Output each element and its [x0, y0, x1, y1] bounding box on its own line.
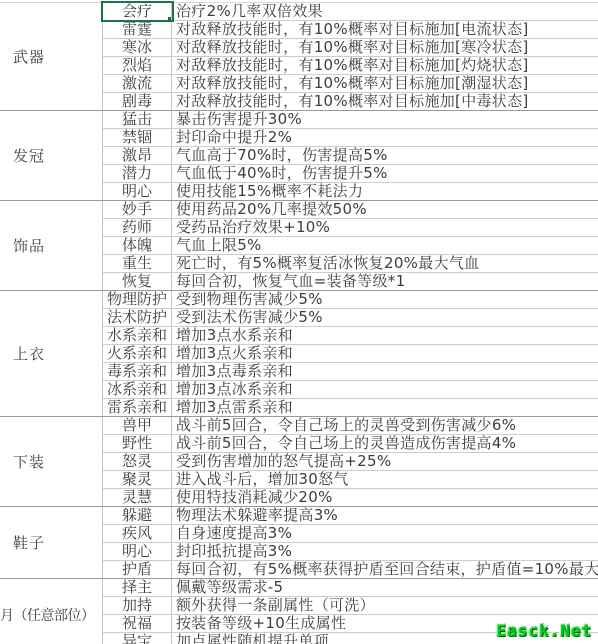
skill-desc-cell[interactable]: 增加3点火系亲和	[172, 345, 598, 362]
skill-desc-cell[interactable]: 佩戴等级需求-5	[172, 579, 598, 596]
skill-desc-cell[interactable]: 受到伤害增加的怒气提高+25%	[172, 453, 598, 470]
table-row: 加持额外获得一条副属性（可洗）	[103, 597, 598, 615]
skill-desc-cell[interactable]: 使用药品20%几率提效50%	[172, 201, 598, 218]
table-row: 禁锢封印命中提升2%	[103, 129, 598, 147]
skill-desc-cell[interactable]: 对敌释放技能时，有10%概率对目标施加[寒冷状态]	[172, 39, 598, 56]
skill-desc-cell[interactable]: 额外获得一条副属性（可洗）	[172, 597, 598, 614]
selected-skill-name-cell[interactable]: 会疗	[103, 3, 172, 20]
group-rows: 兽甲战斗前5回合，令自己场上的灵兽受到伤害减少6%野性战斗前5回合，令自己场上的…	[103, 417, 598, 506]
table-row: 重生死亡时，有5%概率复活冰恢复20%最大气血	[103, 255, 598, 273]
skill-name-cell[interactable]: 激昂	[103, 147, 172, 164]
table-row: 明心封印抵抗提高3%	[103, 543, 598, 561]
table-row: 明心使用技能15%概率不耗法力	[103, 183, 598, 200]
table-row: 寒冰对敌释放技能时，有10%概率对目标施加[寒冷状态]	[103, 39, 598, 57]
skill-name-cell[interactable]: 怒灵	[103, 453, 172, 470]
skill-name-cell[interactable]: 聚灵	[103, 471, 172, 488]
skill-name-cell[interactable]: 择主	[103, 579, 172, 596]
skill-desc-cell[interactable]: 对敌释放技能时，有10%概率对目标施加[潮湿状态]	[172, 75, 598, 92]
skill-name-cell[interactable]: 火系亲和	[103, 345, 172, 362]
table-row: 灵慧使用特技消耗减少20%	[103, 489, 598, 506]
skill-desc-cell[interactable]: 增加3点雷系亲和	[172, 399, 598, 416]
table-row: 择主佩戴等级需求-5	[103, 579, 598, 597]
skill-desc-cell[interactable]: 每回合初，恢复气血=装备等级*1	[172, 273, 598, 290]
category-cell[interactable]: 上衣	[0, 291, 103, 416]
skill-desc-cell[interactable]: 战斗前5回合，令自己场上的灵兽受到伤害减少6%	[172, 417, 598, 434]
table-row: 潜力气血低于40%时，伤害提升5%	[103, 165, 598, 183]
skill-name-cell[interactable]: 水系亲和	[103, 327, 172, 344]
skill-desc-cell[interactable]: 受到法术伤害减少5%	[172, 309, 598, 326]
table-row: 烈焰对敌释放技能时，有10%概率对目标施加[灼烧状态]	[103, 57, 598, 75]
skill-desc-cell[interactable]: 死亡时，有5%概率复活冰恢复20%最大气血	[172, 255, 598, 272]
category-cell[interactable]: 发冠	[0, 111, 103, 200]
table-group: 下装兽甲战斗前5回合，令自己场上的灵兽受到伤害减少6%野性战斗前5回合，令自己场…	[0, 417, 598, 507]
table-row: 兽甲战斗前5回合，令自己场上的灵兽受到伤害减少6%	[103, 417, 598, 435]
category-cell[interactable]: 下装	[0, 417, 103, 506]
skill-desc-cell[interactable]: 使用技能15%概率不耗法力	[172, 183, 598, 200]
category-cell[interactable]: 饰品	[0, 201, 103, 290]
group-rows: 躲避物理法术躲避率提高3%疾风自身速度提高3%明心封印抵抗提高3%护盾每回合初，…	[103, 507, 598, 578]
selection-fill-handle[interactable]	[167, 16, 172, 20]
skill-desc-cell[interactable]: 受到物理伤害减少5%	[172, 291, 598, 308]
table-row: 雷霆对敌释放技能时，有10%概率对目标施加[电流状态]	[103, 21, 598, 39]
category-cell[interactable]: 武器	[0, 3, 103, 110]
table-row: 雷系亲和增加3点雷系亲和	[103, 399, 598, 416]
skill-desc-cell[interactable]: 气血上限5%	[172, 237, 598, 254]
skill-name-cell[interactable]: 激流	[103, 75, 172, 92]
skill-desc-cell[interactable]: 对敌释放技能时，有10%概率对目标施加[灼烧状态]	[172, 57, 598, 74]
table-group: 发冠猛击暴击伤害提升30%禁锢封印命中提升2%激昂气血高于70%时，伤害提高5%…	[0, 111, 598, 201]
skill-name-cell[interactable]: 加持	[103, 597, 172, 614]
group-rows: 妙手使用药品20%几率提效50%药师受药品治疗效果+10%体魄气血上限5%重生死…	[103, 201, 598, 290]
skill-desc-cell[interactable]: 进入战斗后，增加30怒气	[172, 471, 598, 488]
skill-desc-cell[interactable]: 封印命中提升2%	[172, 129, 598, 146]
skill-name-cell[interactable]: 灵慧	[103, 489, 172, 506]
skill-name-cell[interactable]: 雷系亲和	[103, 399, 172, 416]
category-cell[interactable]: 月（任意部位）	[0, 579, 103, 644]
table-row: 会疗治疗2%几率双倍效果	[103, 3, 598, 21]
table-group: 鞋子躲避物理法术躲避率提高3%疾风自身速度提高3%明心封印抵抗提高3%护盾每回合…	[0, 507, 598, 579]
skill-desc-cell[interactable]: 自身速度提高3%	[172, 525, 598, 542]
skill-name-cell[interactable]: 祝福	[103, 615, 172, 632]
skill-desc-cell[interactable]: 对敌释放技能时，有10%概率对目标施加[电流状态]	[172, 21, 598, 38]
table-row: 冰系亲和增加3点冰系亲和	[103, 381, 598, 399]
spreadsheet: 武器会疗治疗2%几率双倍效果雷霆对敌释放技能时，有10%概率对目标施加[电流状态…	[0, 0, 598, 644]
skill-desc-cell[interactable]: 封印抵抗提高3%	[172, 543, 598, 560]
table-group: 饰品妙手使用药品20%几率提效50%药师受药品治疗效果+10%体魄气血上限5%重…	[0, 201, 598, 291]
skill-name-cell[interactable]: 烈焰	[103, 57, 172, 74]
skill-name-cell[interactable]: 躲避	[103, 507, 172, 524]
table-group: 武器会疗治疗2%几率双倍效果雷霆对敌释放技能时，有10%概率对目标施加[电流状态…	[0, 2, 598, 111]
skill-name-cell[interactable]: 兽甲	[103, 417, 172, 434]
skill-name-cell[interactable]: 疾风	[103, 525, 172, 542]
table-row: 聚灵进入战斗后，增加30怒气	[103, 471, 598, 489]
table-row: 疾风自身速度提高3%	[103, 525, 598, 543]
skill-desc-cell[interactable]: 气血高于70%时，伤害提高5%	[172, 147, 598, 164]
skill-name-cell[interactable]: 法术防护	[103, 309, 172, 326]
table-row: 妙手使用药品20%几率提效50%	[103, 201, 598, 219]
skill-desc-cell[interactable]: 对敌释放技能时，有10%概率对目标施加[中毒状态]	[172, 93, 598, 110]
skill-desc-cell[interactable]: 受药品治疗效果+10%	[172, 219, 598, 236]
skill-name-cell[interactable]: 禁锢	[103, 129, 172, 146]
skill-desc-cell[interactable]: 使用特技消耗减少20%	[172, 489, 598, 506]
skill-desc-cell[interactable]: 治疗2%几率双倍效果	[172, 3, 598, 20]
skill-name-cell[interactable]: 物理防护	[103, 291, 172, 308]
skill-name-cell[interactable]: 药师	[103, 219, 172, 236]
skill-desc-cell[interactable]: 战斗前5回合，令自己场上的灵兽造成伤害提高4%	[172, 435, 598, 452]
table-row: 激流对敌释放技能时，有10%概率对目标施加[潮湿状态]	[103, 75, 598, 93]
skill-name-cell[interactable]: 重生	[103, 255, 172, 272]
table-row: 恢复每回合初，恢复气血=装备等级*1	[103, 273, 598, 290]
skill-name-cell[interactable]: 寒冰	[103, 39, 172, 56]
skill-name-cell[interactable]: 体魄	[103, 237, 172, 254]
skill-desc-cell[interactable]: 每回合初，有5%概率获得护盾至回合结束，护盾值=10%最大气血	[172, 561, 598, 578]
skill-desc-cell[interactable]: 增加3点冰系亲和	[172, 381, 598, 398]
skill-desc-cell[interactable]: 暴击伤害提升30%	[172, 111, 598, 128]
group-rows: 会疗治疗2%几率双倍效果雷霆对敌释放技能时，有10%概率对目标施加[电流状态]寒…	[103, 3, 598, 110]
skill-desc-cell[interactable]: 增加3点毒系亲和	[172, 363, 598, 380]
skill-name-cell[interactable]: 雷霆	[103, 21, 172, 38]
table-row: 猛击暴击伤害提升30%	[103, 111, 598, 129]
skill-name-cell[interactable]: 明心	[103, 183, 172, 200]
table-row: 体魄气血上限5%	[103, 237, 598, 255]
table-group: 上衣物理防护受到物理伤害减少5%法术防护受到法术伤害减少5%水系亲和增加3点水系…	[0, 291, 598, 417]
skill-name-cell[interactable]: 冰系亲和	[103, 381, 172, 398]
table-row: 水系亲和增加3点水系亲和	[103, 327, 598, 345]
table-row: 躲避物理法术躲避率提高3%	[103, 507, 598, 525]
table-row: 野性战斗前5回合，令自己场上的灵兽造成伤害提高4%	[103, 435, 598, 453]
table-row: 激昂气血高于70%时，伤害提高5%	[103, 147, 598, 165]
skill-desc-cell[interactable]: 物理法术躲避率提高3%	[172, 507, 598, 524]
skill-name-cell[interactable]: 猛击	[103, 111, 172, 128]
skill-name-cell[interactable]: 潜力	[103, 165, 172, 182]
table-row: 物理防护受到物理伤害减少5%	[103, 291, 598, 309]
table-row: 怒灵受到伤害增加的怒气提高+25%	[103, 453, 598, 471]
table-row: 火系亲和增加3点火系亲和	[103, 345, 598, 363]
skill-name-cell[interactable]: 明心	[103, 543, 172, 560]
group-rows: 猛击暴击伤害提升30%禁锢封印命中提升2%激昂气血高于70%时，伤害提高5%潜力…	[103, 111, 598, 200]
skill-name-cell[interactable]: 异宝	[103, 633, 172, 644]
skill-desc-cell[interactable]: 增加3点水系亲和	[172, 327, 598, 344]
table-row: 药师受药品治疗效果+10%	[103, 219, 598, 237]
category-cell[interactable]: 鞋子	[0, 507, 103, 578]
skill-name-cell[interactable]: 恢复	[103, 273, 172, 290]
skill-name-cell[interactable]: 剧毒	[103, 93, 172, 110]
table-row: 毒系亲和增加3点毒系亲和	[103, 363, 598, 381]
watermark: Easck.Net	[496, 621, 592, 640]
skill-name-cell[interactable]: 妙手	[103, 201, 172, 218]
table-row: 法术防护受到法术伤害减少5%	[103, 309, 598, 327]
skill-name-cell[interactable]: 护盾	[103, 561, 172, 578]
table-row: 护盾每回合初，有5%概率获得护盾至回合结束，护盾值=10%最大气血	[103, 561, 598, 578]
skill-name-cell[interactable]: 毒系亲和	[103, 363, 172, 380]
group-rows: 物理防护受到物理伤害减少5%法术防护受到法术伤害减少5%水系亲和增加3点水系亲和…	[103, 291, 598, 416]
skill-name-cell[interactable]: 野性	[103, 435, 172, 452]
skill-desc-cell[interactable]: 气血低于40%时，伤害提升5%	[172, 165, 598, 182]
table-row: 剧毒对敌释放技能时，有10%概率对目标施加[中毒状态]	[103, 93, 598, 110]
